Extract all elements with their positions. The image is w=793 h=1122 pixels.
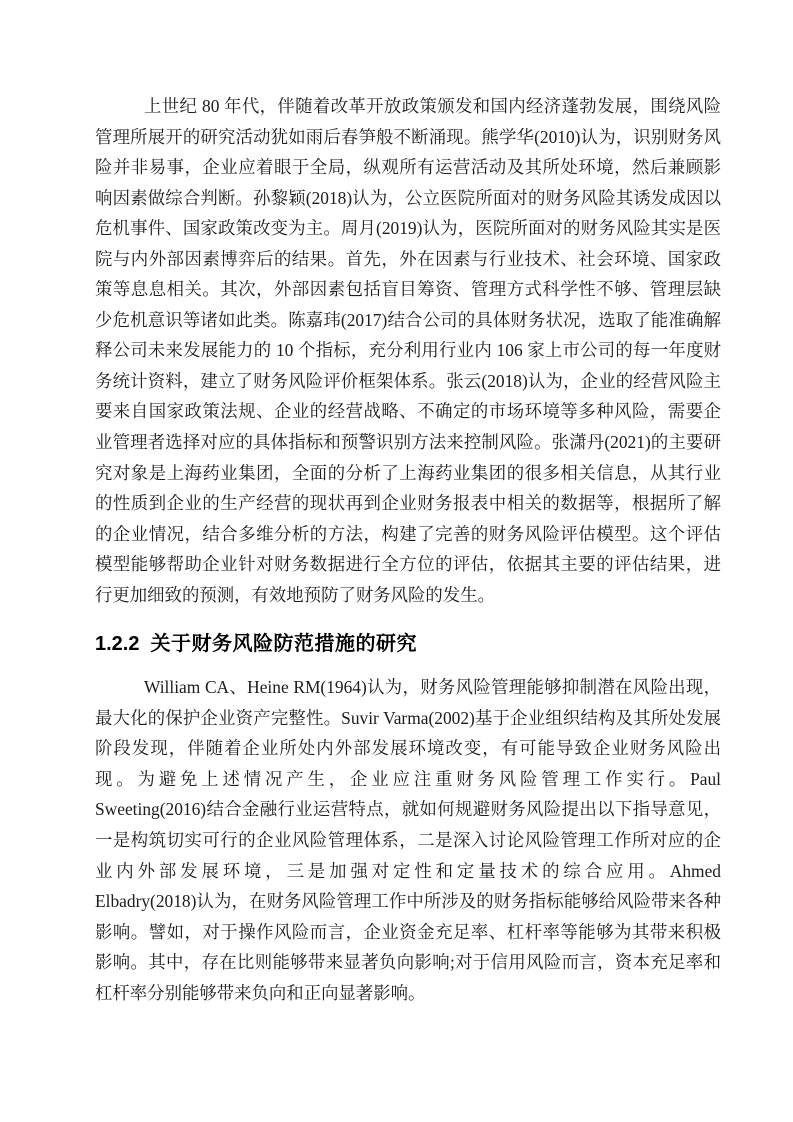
document-page: 上世纪 80 年代，伴随着改革开放政策颁发和国内经济蓬勃发展，围绕风险管理所展开… bbox=[0, 0, 793, 1122]
section-heading-number: 1.2.2 bbox=[95, 633, 139, 655]
section-heading-title: 关于财务风险防范措施的研究 bbox=[150, 633, 417, 655]
paragraph-risk-identification-research: 上世纪 80 年代，伴随着改革开放政策颁发和国内经济蓬勃发展，围绕风险管理所展开… bbox=[95, 91, 721, 610]
section-heading-1-2-2: 1.2.2关于财务风险防范措施的研究 bbox=[95, 631, 721, 657]
paragraph-risk-prevention-research: William CA、Heine RM(1964)认为，财务风险管理能够抑制潜在… bbox=[95, 672, 721, 1008]
